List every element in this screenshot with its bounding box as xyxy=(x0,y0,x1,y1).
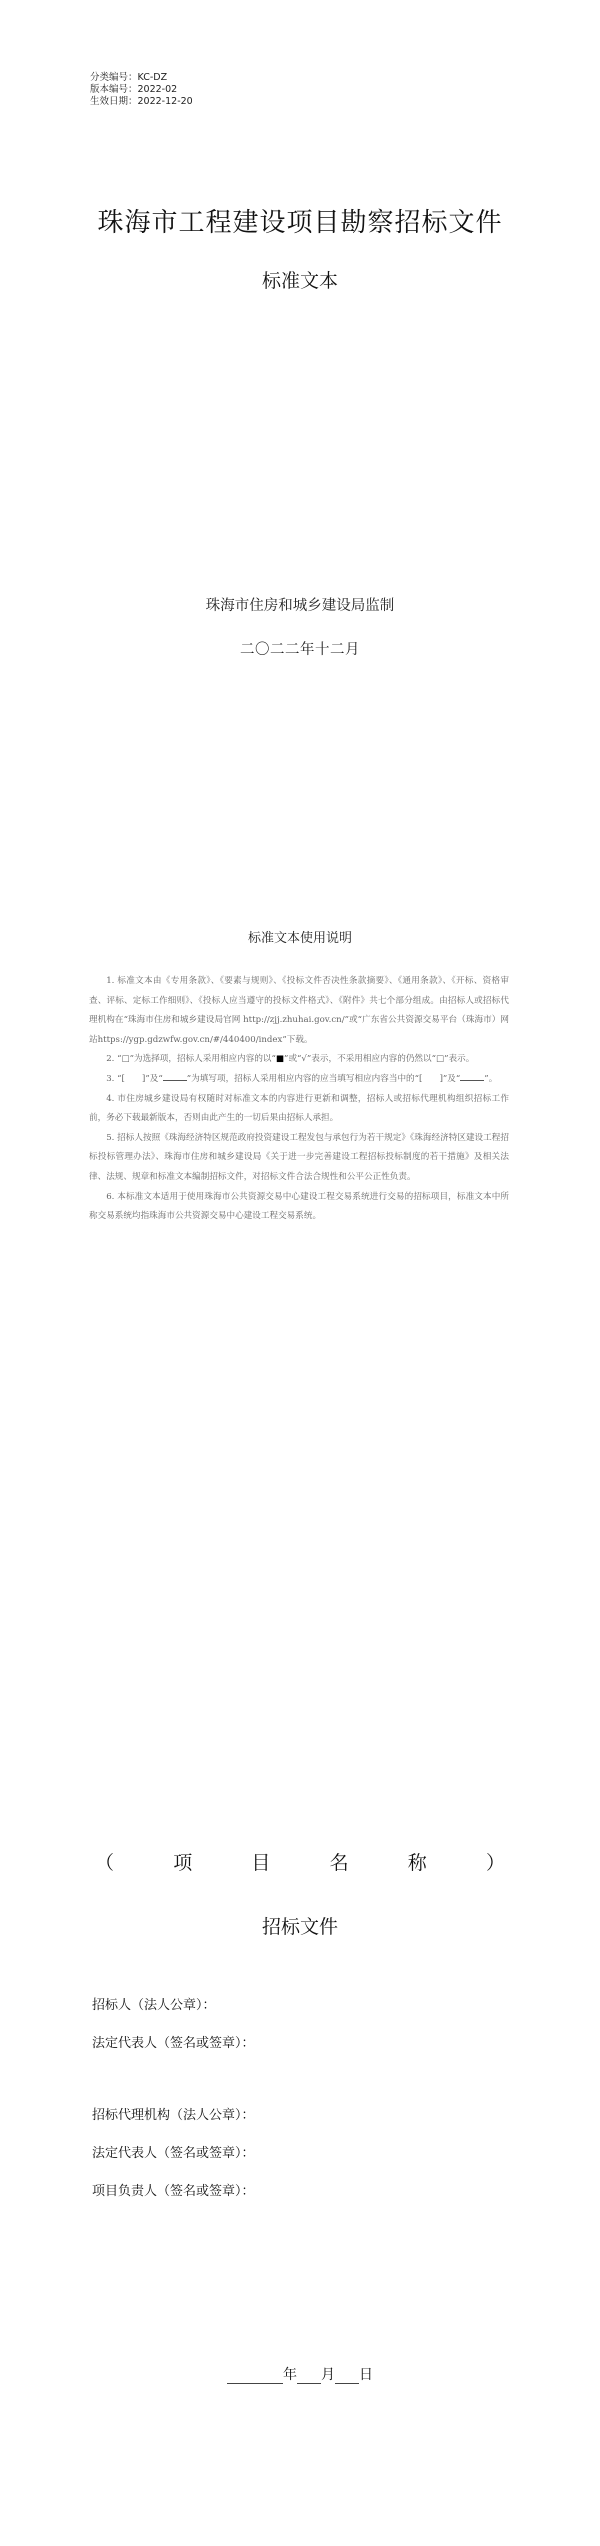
field-legal-rep-1: 法定代表人（签名或签章）： xyxy=(92,2032,255,2051)
field-project-lead: 项目负责人（签名或签章）： xyxy=(92,2180,255,2199)
usage-notes: 1. 标准文本由《专用条款》、《要素与规则》、《投标文件否决性条款摘要》、《通用… xyxy=(89,972,509,1227)
month-blank xyxy=(297,2369,321,2384)
underline-blank xyxy=(460,1071,484,1081)
note-item-6: 6. 本标准文本适用于使用珠海市公共资源交易中心建设工程交易系统进行交易的招标项… xyxy=(89,1188,509,1227)
field-agency-seal: 招标代理机构（法人公章）： xyxy=(92,2104,255,2123)
underline-blank xyxy=(163,1071,187,1081)
classification-code: 分类编号：KC-DZ xyxy=(90,72,193,84)
issue-date: 二〇二二年十二月 xyxy=(0,638,600,659)
day-blank xyxy=(335,2369,359,2384)
document-subtitle: 标准文本 xyxy=(0,266,600,293)
supervisor-org: 珠海市住房和城乡建设局监制 xyxy=(0,594,600,615)
document-meta: 分类编号：KC-DZ 版本编号：2022-02 生效日期：2022-12-20 xyxy=(90,72,193,108)
field-legal-rep-2: 法定代表人（签名或签章）： xyxy=(92,2142,255,2161)
signature-date: 年 月 日 xyxy=(0,2364,600,2384)
note-item-2: 2. “□”为选择项，招标人采用相应内容的以“■”或“√”表示，不采用相应内容的… xyxy=(89,1050,509,1070)
effective-date: 生效日期：2022-12-20 xyxy=(90,96,193,108)
project-name-placeholder: （ 项 目 名 称 ） xyxy=(95,1848,505,1875)
note-item-5: 5. 招标人按照《珠海经济特区规范政府投资建设工程发包与承包行为若干规定》《珠海… xyxy=(89,1129,509,1188)
document-title: 珠海市工程建设项目勘察招标文件 xyxy=(0,202,600,239)
note-item-4: 4. 市住房城乡建设局有权随时对标准文本的内容进行更新和调整，招标人或招标代理机… xyxy=(89,1090,509,1129)
notes-heading: 标准文本使用说明 xyxy=(0,927,600,946)
version-number: 版本编号：2022-02 xyxy=(90,84,193,96)
filled-square-icon: ■ xyxy=(276,1054,284,1064)
note-item-3: 3. “[ ]”及“”为填写项，招标人采用相应内容的应当填写相应内容当中的“[ … xyxy=(89,1070,509,1090)
year-blank xyxy=(227,2369,283,2384)
field-tenderer-seal: 招标人（法人公章）： xyxy=(92,1994,216,2013)
note-item-1: 1. 标准文本由《专用条款》、《要素与规则》、《投标文件否决性条款摘要》、《通用… xyxy=(89,972,509,1050)
tender-doc-title: 招标文件 xyxy=(0,1912,600,1939)
